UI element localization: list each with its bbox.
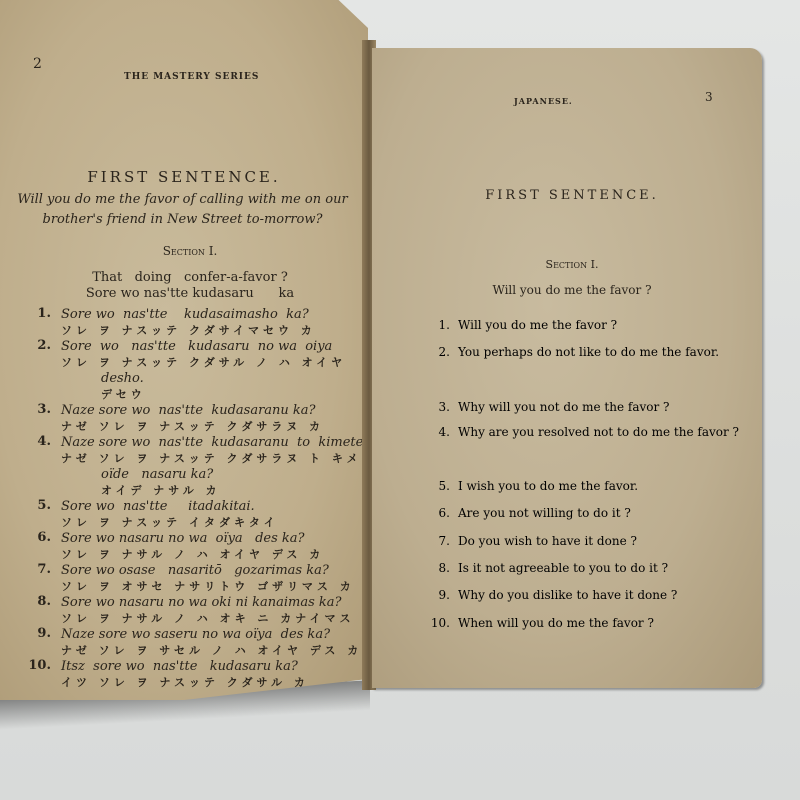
romaji: Sore wo nas'tte kudasaimasho ka? bbox=[61, 306, 363, 323]
romaji: Naze sore wo saseru no wa oïya des ka? bbox=[61, 626, 363, 643]
romaji: Itsz sore wo nas'tte kudasaru ka? bbox=[61, 658, 363, 675]
right-section-heading: Section I. bbox=[372, 258, 772, 271]
left-page: 2 THE MASTERY SERIES FIRST SENTENCE. Wil… bbox=[0, 0, 368, 700]
list-item: 9.Why do you dislike to have it done ? bbox=[420, 588, 677, 602]
list-item: 5. Sore wo nas'tte itadakitai.ソレ ヲ ナスッテ … bbox=[18, 498, 363, 530]
subtitle-line-2: brother's friend in New Street to-morrow… bbox=[10, 210, 355, 230]
left-gloss: That doing confer-a-favor ? Sore wo nas'… bbox=[0, 270, 380, 302]
romaji-continued: desho. bbox=[61, 370, 363, 387]
list-item: 1.Will you do me the favor ? bbox=[420, 318, 617, 332]
right-running-head: JAPANESE. bbox=[514, 96, 573, 106]
romaji: Naze sore wo nas'tte kudasaranu to kimet… bbox=[61, 434, 377, 451]
subtitle-line-1: Will you do me the favor of calling with… bbox=[10, 190, 355, 210]
list-item: 7.Do you wish to have it done ? bbox=[420, 534, 637, 548]
katakana: ソレ ヲ ナスッテ イタダキタイ bbox=[61, 515, 363, 530]
right-section-gloss: Will you do me the favor ? bbox=[372, 282, 772, 298]
left-subtitle: Will you do me the favor of calling with… bbox=[10, 190, 355, 230]
katakana: ナゼ ソレ ヲ ナスッテ クダサラヌ カ bbox=[61, 419, 363, 434]
katakana: ソレ ヲ ナスッテ クダサイマセウ カ bbox=[61, 323, 363, 338]
list-item: 1. Sore wo nas'tte kudasaimasho ka?ソレ ヲ … bbox=[18, 306, 363, 338]
katakana: ソレ ヲ ナサル ノ ハ オイヤ デス カ bbox=[61, 547, 363, 562]
katakana-continued: オイデ ナサル カ bbox=[61, 483, 377, 498]
list-item: 7. Sore wo osase nasaritō gozarimas ka?ソ… bbox=[18, 562, 363, 594]
romaji: Sore wo nasaru no wa oki ni kanaimas ka? bbox=[61, 594, 377, 611]
romaji-kana-list: 1. Sore wo nas'tte kudasaimasho ka?ソレ ヲ … bbox=[18, 306, 363, 690]
list-item: 4.Why are you resolved not to do me the … bbox=[420, 425, 739, 439]
katakana: ナゼ ソレ ヲ ナスッテ クダサラヌ ト キメテ bbox=[61, 451, 377, 466]
list-item: 3. Naze sore wo nas'tte kudasaranu ka?ナゼ… bbox=[18, 402, 363, 434]
list-item: 4. Naze sore wo nas'tte kudasaranu to ki… bbox=[18, 434, 363, 498]
romaji: Sore wo osase nasaritō gozarimas ka? bbox=[61, 562, 363, 579]
romaji: Sore wo nasaru no wa oïya des ka? bbox=[61, 530, 363, 547]
gloss-english: That doing confer-a-favor ? bbox=[0, 270, 380, 286]
list-item: 5.I wish you to do me the favor. bbox=[420, 479, 638, 493]
list-item: 2.You perhaps do not like to do me the f… bbox=[420, 345, 719, 359]
list-item: 3.Why will you not do me the favor ? bbox=[420, 400, 669, 414]
list-item: 6. Sore wo nasaru no wa oïya des ka?ソレ ヲ… bbox=[18, 530, 363, 562]
list-item: 10. Itsz sore wo nas'tte kudasaru ka?イツ … bbox=[18, 658, 363, 690]
left-title: FIRST SENTENCE. bbox=[0, 168, 368, 186]
right-title: FIRST SENTENCE. bbox=[372, 188, 772, 203]
katakana-continued: デセウ bbox=[61, 387, 363, 402]
left-page-number: 2 bbox=[33, 56, 42, 72]
katakana: ソレ ヲ ナサル ノ ハ オキ ニ カナイマス カ bbox=[61, 611, 377, 626]
list-item: 10.When will you do me the favor ? bbox=[420, 616, 654, 630]
romaji: Sore wo nas'tte kudasaru no wa oiya bbox=[61, 338, 363, 355]
romaji-continued: oïde nasaru ka? bbox=[61, 466, 377, 483]
list-item: 8.Is it not agreeable to you to do it ? bbox=[420, 561, 668, 575]
romaji: Sore wo nas'tte itadakitai. bbox=[61, 498, 363, 515]
katakana: ナゼ ソレ ヲ サセル ノ ハ オイヤ デス カ bbox=[61, 643, 363, 658]
list-item: 9. Naze sore wo saseru no wa oïya des ka… bbox=[18, 626, 363, 658]
katakana: ソレ ヲ ナスッテ クダサル ノ ハ オイヤ bbox=[61, 355, 363, 370]
list-item: 2. Sore wo nas'tte kudasaru no wa oiyaソレ… bbox=[18, 338, 363, 402]
right-page-number: 3 bbox=[705, 90, 713, 104]
katakana: ソレ ヲ オサセ ナサリトウ ゴザリマス カ bbox=[61, 579, 363, 594]
list-item: 6.Are you not willing to do it ? bbox=[420, 506, 631, 520]
left-running-head: THE MASTERY SERIES bbox=[124, 72, 259, 82]
romaji: Naze sore wo nas'tte kudasaranu ka? bbox=[61, 402, 363, 419]
left-section-heading: Section I. bbox=[0, 244, 380, 258]
gloss-romaji: Sore wo nas'tte kudasaru ka bbox=[0, 286, 380, 302]
list-item: 8. Sore wo nasaru no wa oki ni kanaimas … bbox=[18, 594, 363, 626]
